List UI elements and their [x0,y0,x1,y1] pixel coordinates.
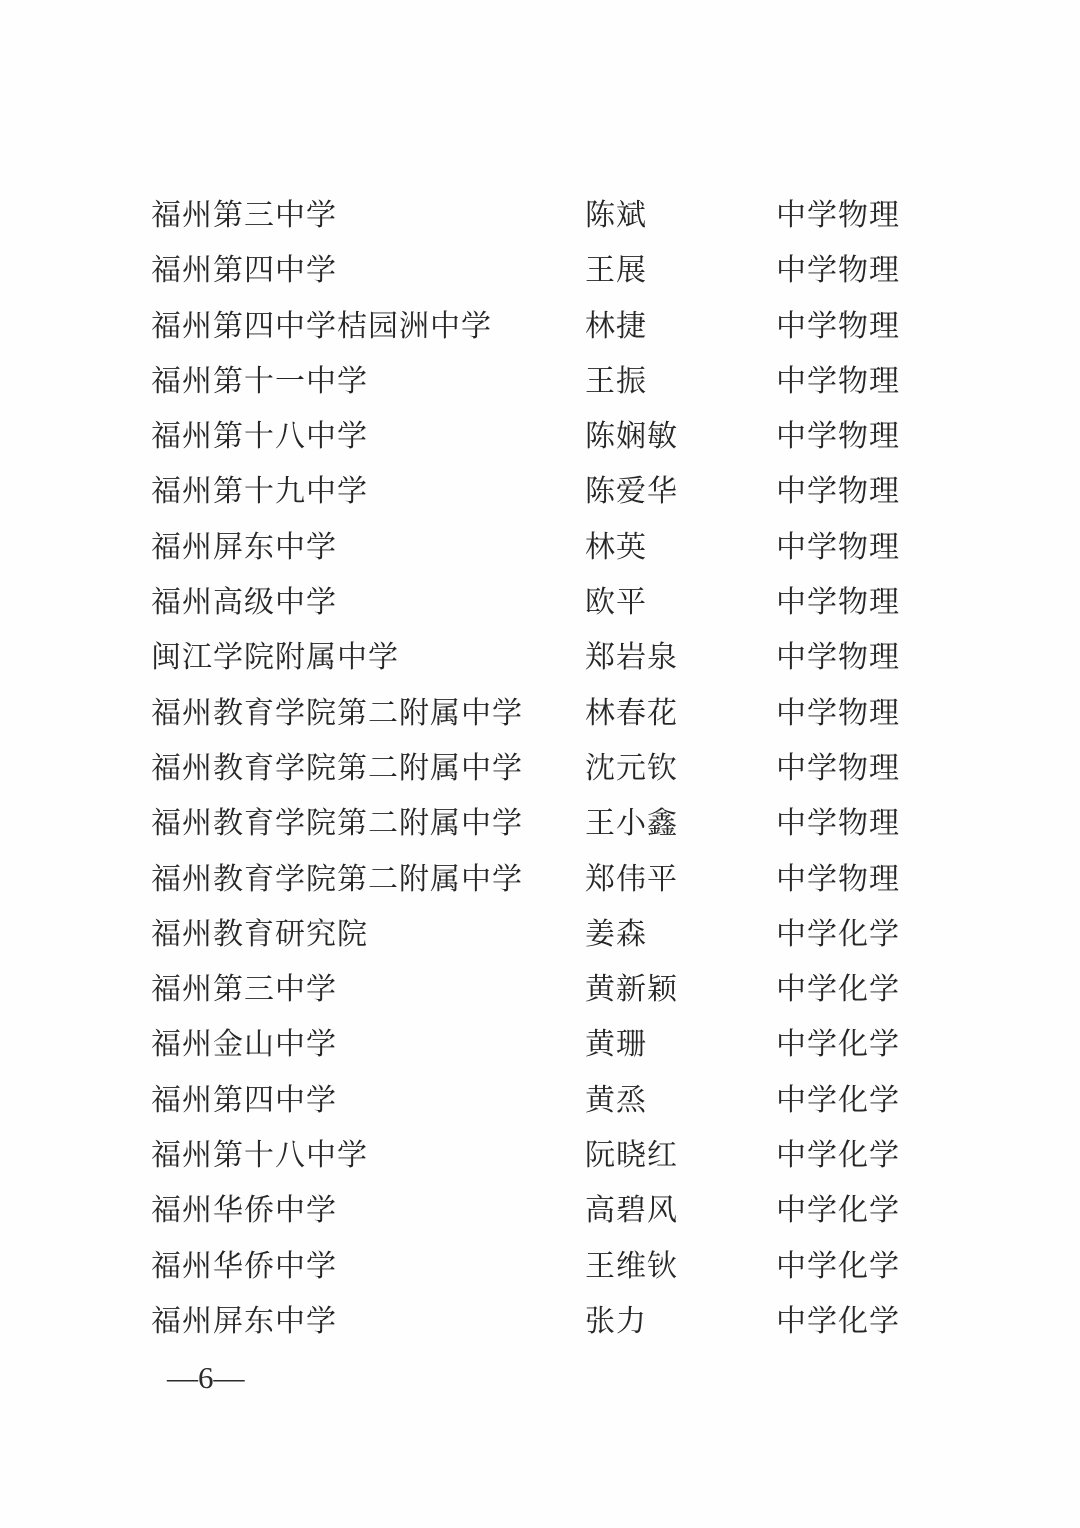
table-row: 福州华侨中学王维钬中学化学 [0,1239,1080,1294]
cell-name: 王展 [585,243,647,298]
cell-subject: 中学物理 [776,796,900,851]
cell-school: 福州第四中学桔园洲中学 [151,299,492,354]
cell-name: 高碧风 [585,1183,678,1238]
cell-name: 王小鑫 [585,796,678,851]
table-row: 福州第四中学桔园洲中学林捷中学物理 [0,299,1080,354]
cell-subject: 中学化学 [776,962,900,1017]
cell-school: 福州教育学院第二附属中学 [151,686,523,741]
cell-subject: 中学物理 [776,575,900,630]
cell-school: 福州屏东中学 [151,520,337,575]
cell-name: 黄新颖 [585,962,678,1017]
cell-name: 王维钬 [585,1239,678,1294]
cell-name: 欧平 [585,575,647,630]
cell-school: 福州高级中学 [151,575,337,630]
cell-school: 福州金山中学 [151,1017,337,1072]
table-row: 福州屏东中学林英中学物理 [0,520,1080,575]
table-row: 福州第三中学黄新颖中学化学 [0,962,1080,1017]
cell-name: 陈斌 [585,188,647,243]
cell-name: 黄烝 [585,1073,647,1128]
cell-school: 福州第三中学 [151,188,337,243]
table-row: 福州教育学院第二附属中学沈元钦中学物理 [0,741,1080,796]
cell-name: 林春花 [585,686,678,741]
cell-school: 福州第十八中学 [151,409,368,464]
cell-subject: 中学化学 [776,1239,900,1294]
cell-subject: 中学物理 [776,464,900,519]
cell-name: 林英 [585,520,647,575]
cell-name: 陈娴敏 [585,409,678,464]
table-row: 福州高级中学欧平中学物理 [0,575,1080,630]
cell-school: 福州华侨中学 [151,1239,337,1294]
cell-name: 阮晓红 [585,1128,678,1183]
cell-name: 陈爱华 [585,464,678,519]
cell-name: 张力 [585,1294,647,1349]
cell-school: 福州教育学院第二附属中学 [151,796,523,851]
cell-name: 黄珊 [585,1017,647,1072]
cell-school: 福州教育学院第二附属中学 [151,741,523,796]
cell-subject: 中学物理 [776,299,900,354]
cell-name: 王振 [585,354,647,409]
table-row: 福州教育学院第二附属中学郑伟平中学物理 [0,852,1080,907]
cell-subject: 中学物理 [776,409,900,464]
cell-school: 福州第四中学 [151,1073,337,1128]
cell-school: 福州华侨中学 [151,1183,337,1238]
table-row: 福州金山中学黄珊中学化学 [0,1017,1080,1072]
cell-subject: 中学物理 [776,852,900,907]
cell-subject: 中学物理 [776,520,900,575]
table-row: 福州教育学院第二附属中学林春花中学物理 [0,686,1080,741]
cell-school: 福州第四中学 [151,243,337,298]
cell-subject: 中学物理 [776,630,900,685]
cell-school: 福州教育研究院 [151,907,368,962]
table-row: 福州第十八中学陈娴敏中学物理 [0,409,1080,464]
cell-subject: 中学物理 [776,686,900,741]
table-row: 福州华侨中学高碧风中学化学 [0,1183,1080,1238]
cell-subject: 中学化学 [776,1128,900,1183]
cell-school: 福州屏东中学 [151,1294,337,1349]
table-row: 福州第四中学黄烝中学化学 [0,1073,1080,1128]
table-row: 福州第十一中学王振中学物理 [0,354,1080,409]
table-row: 福州第三中学陈斌中学物理 [0,188,1080,243]
cell-school: 福州第十八中学 [151,1128,368,1183]
cell-name: 沈元钦 [585,741,678,796]
cell-school: 福州第三中学 [151,962,337,1017]
cell-subject: 中学化学 [776,907,900,962]
cell-subject: 中学化学 [776,1183,900,1238]
cell-school: 福州第十九中学 [151,464,368,519]
cell-subject: 中学化学 [776,1073,900,1128]
cell-subject: 中学物理 [776,188,900,243]
table-row: 福州第十八中学阮晓红中学化学 [0,1128,1080,1183]
cell-school: 福州第十一中学 [151,354,368,409]
cell-subject: 中学化学 [776,1017,900,1072]
table-row: 福州第四中学王展中学物理 [0,243,1080,298]
cell-name: 郑伟平 [585,852,678,907]
cell-school: 闽江学院附属中学 [151,630,399,685]
cell-school: 福州教育学院第二附属中学 [151,852,523,907]
table-row: 福州第十九中学陈爱华中学物理 [0,464,1080,519]
cell-subject: 中学物理 [776,354,900,409]
table-row: 福州教育学院第二附属中学王小鑫中学物理 [0,796,1080,851]
table-row: 福州屏东中学张力中学化学 [0,1294,1080,1349]
table-row: 闽江学院附属中学郑岩泉中学物理 [0,630,1080,685]
teacher-roster-table: 福州第三中学陈斌中学物理福州第四中学王展中学物理福州第四中学桔园洲中学林捷中学物… [0,188,1080,1349]
cell-subject: 中学化学 [776,1294,900,1349]
page-number: —6— [167,1358,245,1398]
cell-name: 林捷 [585,299,647,354]
cell-name: 姜森 [585,907,647,962]
cell-subject: 中学物理 [776,243,900,298]
table-row: 福州教育研究院姜森中学化学 [0,907,1080,962]
cell-name: 郑岩泉 [585,630,678,685]
document-page: 福州第三中学陈斌中学物理福州第四中学王展中学物理福州第四中学桔园洲中学林捷中学物… [0,0,1080,1528]
cell-subject: 中学物理 [776,741,900,796]
